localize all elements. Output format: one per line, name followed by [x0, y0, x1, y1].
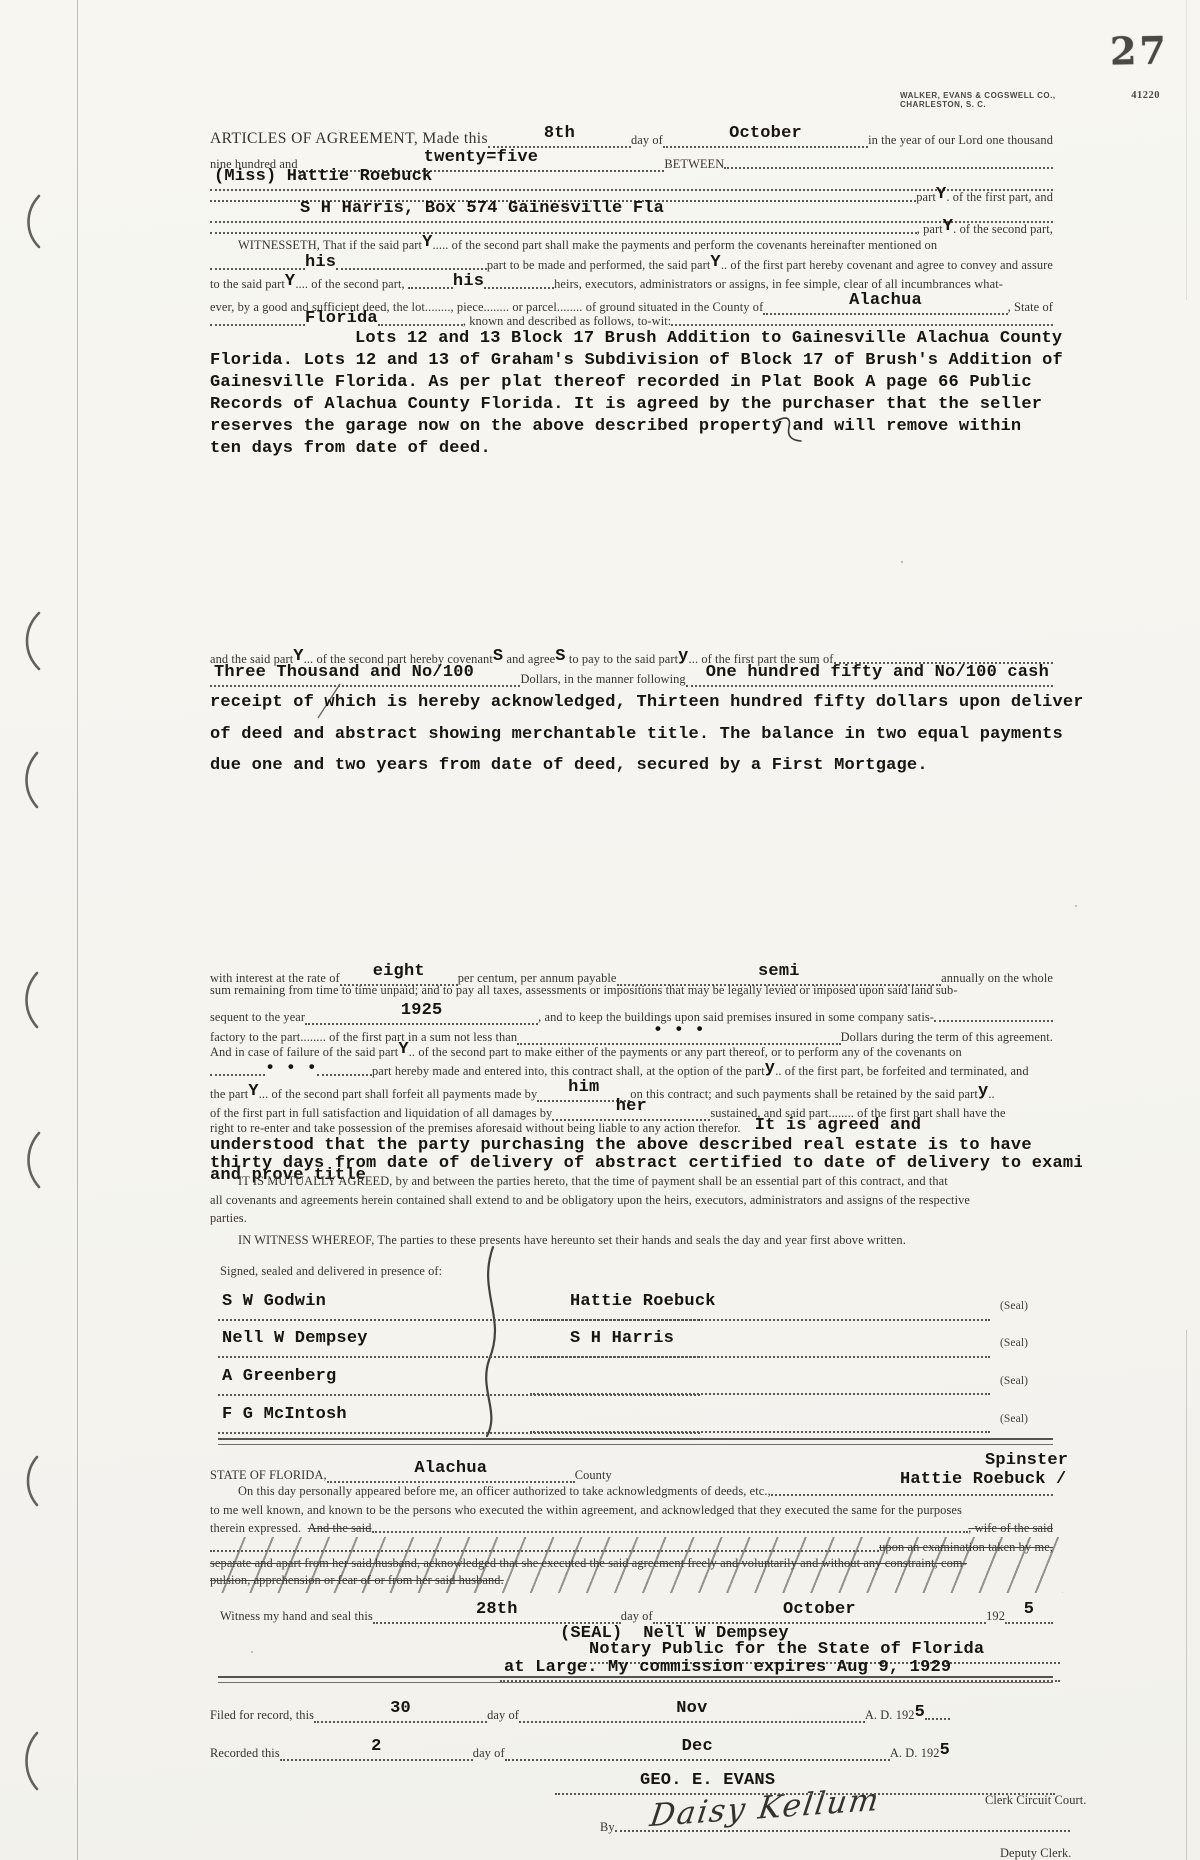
printed-text: Clerk Circuit Court. [985, 1793, 1086, 1808]
payment-terms: of deed and abstract showing merchantabl… [210, 726, 1082, 745]
typed-entry: Florida. Lots 12 and 13 of Graham's Subd… [210, 352, 1063, 371]
printed-text: By [600, 1820, 615, 1835]
witness-signature: A Greenberg [218, 1368, 700, 1396]
printed-text: County [575, 1468, 612, 1483]
printed-text: to me well known, and known to be the pe… [210, 1503, 962, 1518]
printed-text: , known and described as follows, to-wit… [463, 314, 672, 329]
printed-text: Dollars, in the manner following [520, 672, 685, 687]
scanned-document-page: 27 WALKER, EVANS & COGSWELL CO., CHARLES… [0, 0, 1200, 1860]
typed-entry: Florida [305, 310, 378, 329]
spacer [741, 1135, 755, 1136]
hole-punch-mark [29, 196, 40, 247]
typed-entry: Lots 12 and 13 Block 17 Brush Addition t… [210, 330, 1062, 349]
printed-text: day of [487, 1708, 519, 1723]
dotted-leader [530, 1431, 990, 1433]
typed-entry: understood that the party purchasing the… [210, 1137, 1032, 1156]
spacer [210, 1188, 238, 1189]
printed-text: And in case of failure of the said part [210, 1045, 398, 1060]
typed-entry: One hundred fifty and No/100 cash [686, 664, 1053, 687]
typed-entry: Y [398, 1041, 408, 1060]
dotted-leader [484, 287, 554, 289]
form-line: to me well known, and known to be the pe… [210, 1503, 1053, 1518]
typed-entry: Alachua [327, 1460, 575, 1483]
property-description: Lots 12 and 13 Block 17 Brush Addition t… [210, 330, 1082, 349]
witnesseth-line: WITNESSETH, That if the said partY..... … [210, 234, 1053, 253]
typed-entry: his [453, 273, 484, 292]
blank-signature-line [530, 1431, 990, 1436]
spacer [210, 1247, 238, 1248]
printed-text: ..... of the second part shall make the … [432, 238, 937, 253]
typed-entry: Dec [505, 1738, 890, 1761]
printed-text: .. of the second part to make either of … [409, 1045, 962, 1060]
form-line: upon an examination taken by me, [210, 1540, 1053, 1555]
printed-text: to the said part [210, 277, 285, 292]
typed-entry: 30 [314, 1700, 487, 1723]
dotted-leader [925, 1718, 950, 1720]
dotted-leader [771, 1494, 1053, 1496]
printed-text: IN WITNESS WHEREOF, The parties to these… [238, 1233, 906, 1248]
typed-entry: at Large. My commission expires Aug 9, 1… [500, 1659, 1060, 1682]
payment-terms: receipt of which is hereby acknowledged,… [210, 694, 1082, 713]
form-line: right to re-enter and take possession of… [210, 1117, 1053, 1136]
printed-text: part to be made and performed, the said … [487, 258, 711, 273]
typed-entry: Gainesville Florida. As per plat thereof… [210, 374, 1032, 393]
typed-entry: • • • [265, 1060, 317, 1079]
form-line: • • •part hereby made and entered into, … [210, 1060, 1053, 1079]
form-line: IT IS MUTUALLY AGREED, by and between th… [210, 1174, 1053, 1189]
dotted-leader [530, 1393, 990, 1395]
typed-entry: Nov [519, 1700, 865, 1723]
printed-text: .. of the first part hereby covenant and… [721, 258, 1053, 273]
property-description: Florida. Lots 12 and 13 of Graham's Subd… [210, 352, 1082, 371]
printed-text: A. D. 192 [865, 1708, 915, 1723]
recorded-line: Recorded this2day ofDecA. D. 1925 [210, 1738, 950, 1761]
typed-entry: S H Harris [530, 1330, 990, 1358]
printed-text: all covenants and agreements herein cont… [210, 1193, 970, 1208]
dotted-leader [210, 268, 305, 270]
clerk-name-line: GEO. E. EVANS [555, 1772, 1055, 1795]
clerk-title: Clerk Circuit Court. [985, 1793, 1145, 1808]
printed-text: day of [473, 1746, 505, 1761]
struck-text: upon an examination taken by me, [879, 1540, 1053, 1555]
notary-commission: at Large. My commission expires Aug 9, 1… [500, 1659, 1060, 1682]
printed-text: On this day personally appeared before m… [238, 1484, 771, 1499]
printed-text: (Seal) [1000, 1375, 1028, 1387]
dotted-leader [317, 1074, 372, 1076]
typed-entry: y [765, 1060, 775, 1079]
printed-text: sum remaining from time to time unpaid; … [210, 983, 958, 998]
typed-agreement-clause: understood that the party purchasing the… [210, 1137, 1082, 1156]
form-line: Florida, known and described as follows,… [210, 310, 1053, 329]
struck-text: separate and apart from her said husband… [210, 1556, 967, 1571]
hole-punch-mark [27, 1733, 38, 1789]
printed-text: Recorded this [210, 1746, 280, 1761]
printed-text: day of [631, 133, 663, 148]
printed-text: therein expressed. [210, 1521, 308, 1536]
dotted-leader [408, 287, 453, 289]
printed-text: day of [621, 1609, 653, 1624]
spacer [210, 1498, 238, 1499]
typed-entry: GEO. E. EVANS [555, 1772, 1055, 1795]
scan-speck [901, 561, 903, 563]
payment-terms: due one and two years from date of deed,… [210, 757, 1082, 776]
party-signature: Hattie Roebuck [530, 1293, 990, 1321]
struck-text: And the said [308, 1521, 372, 1536]
state-county-line: STATE OF FLORIDA,AlachuaCounty [210, 1460, 770, 1483]
opening-line: ARTICLES OF AGREEMENT, Made this8thday o… [210, 125, 1053, 148]
hole-punch-mark [27, 973, 38, 1027]
by-signature-line: By [600, 1820, 1070, 1835]
property-description: Records of Alachua County Florida. It is… [210, 396, 1082, 415]
struck-text: pulsion, apprehension or fear of or from… [210, 1573, 504, 1588]
sum-line: Three Thousand and No/100Dollars, in the… [210, 664, 1053, 687]
printed-text: WITNESSETH, That if the said part [238, 238, 422, 253]
spacer [210, 1623, 220, 1624]
hole-punch-mark [29, 1133, 40, 1187]
printed-text: parties. [210, 1211, 247, 1226]
printed-text: .. of the first part, be forfeited and t… [775, 1064, 1028, 1079]
form-line: And in case of failure of the said partY… [210, 1041, 1053, 1060]
hole-punch-mark [27, 753, 38, 807]
typed-entry: Records of Alachua County Florida. It is… [210, 396, 1042, 415]
dotted-leader [671, 324, 1053, 326]
form-line: sum remaining from time to time unpaid; … [210, 983, 1053, 998]
form-line: all covenants and agreements herein cont… [210, 1193, 1053, 1208]
party-signature: S H Harris [530, 1330, 990, 1358]
seal-label: (Seal) [1000, 1375, 1060, 1387]
printed-text: Deputy Clerk. [1000, 1846, 1072, 1860]
typed-entry: It is agreed and [755, 1117, 921, 1136]
typed-entry: Spinster [985, 1452, 1068, 1471]
printed-text: STATE OF FLORIDA, [210, 1468, 327, 1483]
property-description: Gainesville Florida. As per plat thereof… [210, 374, 1082, 393]
printed-text: in the year of our Lord one thousand [868, 133, 1053, 148]
printed-text: heirs, executors, administrators or assi… [554, 277, 1003, 292]
witness-seal-date: Witness my hand and seal this28thday ofO… [210, 1601, 1053, 1624]
property-description: ten days from date of deed. [210, 440, 1082, 459]
typed-entry: of deed and abstract showing merchantabl… [210, 726, 1063, 745]
printed-text: A. D. 192 [890, 1746, 940, 1761]
witness-signature: F G McIntosh [218, 1406, 700, 1434]
spacer [210, 252, 238, 253]
form-line: to the said partY.... of the second part… [210, 273, 1053, 292]
dotted-leader [378, 324, 463, 326]
typed-entry: 2 [280, 1738, 473, 1761]
typed-entry: Three Thousand and No/100 [210, 664, 520, 687]
struck-husband-clause: separate and apart from her said husband… [210, 1556, 1053, 1571]
blank-signature-line [530, 1393, 990, 1398]
dotted-leader [210, 1074, 265, 1076]
hole-punch-mark [27, 613, 39, 669]
typed-entry: 5 [1005, 1601, 1053, 1624]
printed-text: right to re-enter and take possession of… [210, 1121, 741, 1136]
dotted-leader [210, 1550, 879, 1552]
form-line: parties. [210, 1211, 1053, 1226]
typed-entry: Y [422, 234, 432, 253]
deputy-clerk-title: Deputy Clerk. [1000, 1846, 1150, 1860]
printed-text: Filed for record, this [210, 1708, 314, 1723]
typed-entry: October [663, 125, 868, 148]
filed-line: Filed for record, this30day ofNovA. D. 1… [210, 1700, 950, 1723]
seal-label: (Seal) [1000, 1300, 1060, 1312]
printed-text: (Seal) [1000, 1337, 1028, 1349]
printed-text: part hereby made and entered into, this … [372, 1064, 765, 1079]
typed-entry: Hattie Roebuck [530, 1293, 990, 1321]
typed-entry: 5 [915, 1704, 925, 1723]
struck-text: , wife of the said [968, 1521, 1053, 1536]
printed-text: 192 [986, 1609, 1005, 1624]
dotted-leader [372, 1531, 969, 1533]
dotted-leader [210, 324, 305, 326]
printed-text: (Seal) [1000, 1300, 1028, 1312]
scan-speck [1075, 905, 1077, 907]
typed-entry: October [653, 1601, 986, 1624]
typed-entry: due one and two years from date of deed,… [210, 757, 928, 776]
property-description: reserves the garage now on the above des… [210, 418, 1082, 437]
seal-label: (Seal) [1000, 1337, 1060, 1349]
struck-husband-clause: pulsion, apprehension or fear of or from… [210, 1573, 1053, 1588]
hole-punch-mark [28, 1457, 37, 1505]
printed-text: (Seal) [1000, 1413, 1028, 1425]
printed-text: IT IS MUTUALLY AGREED, by and between th… [238, 1174, 948, 1189]
printed-text: ARTICLES OF AGREEMENT, Made this [210, 130, 488, 148]
form-line: hispart to be made and performed, the sa… [210, 254, 1053, 273]
typed-entry: receipt of which is hereby acknowledged,… [210, 694, 1082, 713]
form-line: therein expressed. And the said, wife of… [210, 1521, 1053, 1536]
seal-label: (Seal) [1000, 1413, 1060, 1425]
form-line: On this day personally appeared before m… [210, 1484, 1053, 1499]
spacer [210, 1278, 220, 1279]
typed-entry: A Greenberg [218, 1368, 700, 1396]
typed-entry: Y [285, 273, 295, 292]
dotted-leader [615, 1830, 1070, 1832]
form-line: Signed, sealed and delivered in presence… [210, 1264, 1053, 1279]
typed-entry: ten days from date of deed. [210, 440, 491, 459]
typed-entry: 28th [373, 1601, 621, 1624]
typed-entry: Y [710, 254, 720, 273]
typed-entry: 8th [488, 125, 631, 148]
typed-entry: his [305, 254, 336, 273]
printed-text: .... of the second part, [295, 277, 408, 292]
typed-entry: 5 [940, 1742, 950, 1761]
typed-entry: F G McIntosh [218, 1406, 700, 1434]
printed-text: Signed, sealed and delivered in presence… [220, 1264, 442, 1279]
in-witness-line: IN WITNESS WHEREOF, The parties to these… [210, 1233, 1053, 1248]
spinster-note: Spinster [985, 1452, 1125, 1471]
dotted-leader [336, 268, 487, 270]
scan-speck [251, 1651, 253, 1653]
printed-text: Witness my hand and seal this [220, 1609, 373, 1624]
typed-entry: reserves the garage now on the above des… [210, 418, 1021, 437]
